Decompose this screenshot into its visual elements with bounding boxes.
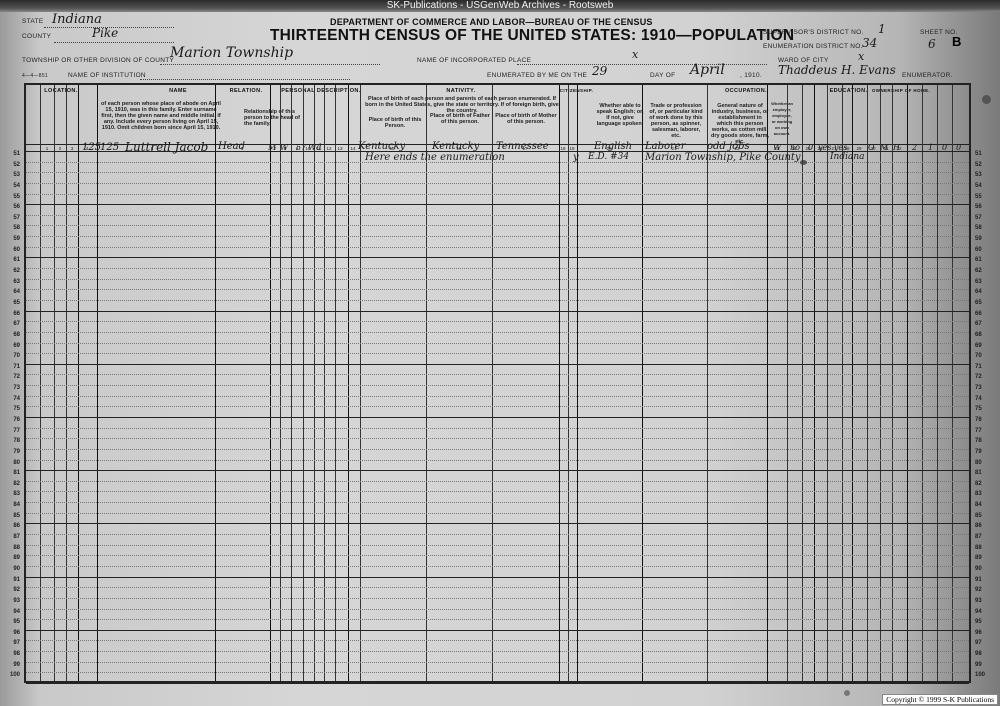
- row-number: 83: [2, 491, 20, 497]
- row-number: 58: [2, 225, 20, 231]
- day-of-label: day of: [650, 72, 675, 79]
- grid-row-line: [26, 183, 969, 184]
- row-number: 85: [2, 513, 20, 519]
- row-number: 75: [975, 406, 993, 412]
- grid-column-line: [426, 85, 427, 681]
- township-line: [160, 64, 380, 65]
- grid-column-line: [907, 85, 908, 681]
- row-number: 80: [975, 460, 993, 466]
- year-label: , 1910.: [740, 72, 762, 79]
- row-number: 73: [975, 385, 993, 391]
- row-number: 81: [975, 470, 993, 476]
- grid-column-line: [314, 85, 315, 681]
- grid-column-line: [291, 85, 292, 681]
- row-number: 97: [975, 640, 993, 646]
- entry-51-employer: W: [773, 143, 781, 152]
- header-employer: Whether an employer, employee, or workin…: [771, 101, 793, 137]
- row-number: 71: [2, 364, 20, 370]
- row-number: 86: [975, 523, 993, 529]
- entry-52-note: Here ends the enumeration: [365, 152, 505, 163]
- grid-column-line: [787, 85, 788, 681]
- grid-row-line: [26, 481, 969, 482]
- row-number: 83: [975, 491, 993, 497]
- grid-row-line: [26, 460, 969, 461]
- census-title: THIRTEENTH CENSUS OF THE UNITED STATES: …: [270, 27, 794, 45]
- row-number: 99: [975, 662, 993, 668]
- grid-row-line: [26, 470, 969, 471]
- row-number: 52: [975, 162, 993, 168]
- grid-row-line: [26, 502, 969, 503]
- entry-51-family: 125: [100, 142, 119, 153]
- grid-row-line: [26, 194, 969, 195]
- row-number: 87: [2, 534, 20, 540]
- row-number: 100: [2, 672, 20, 678]
- grid-column-line: [348, 85, 349, 681]
- row-number: 76: [2, 417, 20, 423]
- row-number: 51: [975, 151, 993, 157]
- row-number: 91: [975, 577, 993, 583]
- grid-row-line: [26, 491, 969, 492]
- grid-row-line: [26, 683, 969, 684]
- enumerated-label: Enumerated by me on the: [487, 72, 587, 79]
- row-number: 54: [2, 183, 20, 189]
- grid-column-line: [642, 85, 643, 681]
- row-number: 59: [2, 236, 20, 242]
- grid-row-line: [26, 672, 969, 673]
- grid-row-line: [26, 279, 969, 280]
- row-number: 65: [2, 300, 20, 306]
- grid-row-line: [26, 172, 969, 173]
- entry-51-marital: Wd: [308, 143, 321, 152]
- group-occupation: OCCUPATION.: [646, 88, 846, 94]
- grid-column-line: [97, 85, 98, 681]
- entry-51-out-of-work: no: [790, 143, 800, 152]
- row-number: 84: [2, 502, 20, 508]
- grid-row-line: [26, 640, 969, 641]
- grid-row-line: [26, 257, 969, 258]
- grid-row-line: [26, 332, 969, 333]
- row-number: 51: [2, 151, 20, 157]
- grid-row-line: [26, 438, 969, 439]
- enumerator-label: Enumerator.: [902, 72, 953, 79]
- entry-51-name: Luttrell Jacob: [125, 140, 208, 154]
- row-number: 95: [975, 619, 993, 625]
- row-number: 71: [975, 364, 993, 370]
- row-number: 98: [2, 651, 20, 657]
- grid-row-line: [26, 289, 969, 290]
- grid-row-line: [26, 449, 969, 450]
- row-number: 92: [2, 587, 20, 593]
- incorporated-place-line: [517, 64, 767, 65]
- header-birth-father: Place of birth of Father of this person.: [428, 113, 492, 125]
- grid-column-line: [867, 85, 868, 681]
- grid-column-line: [324, 85, 325, 681]
- row-number: 100: [975, 672, 993, 678]
- row-number: 72: [975, 374, 993, 380]
- row-number: 69: [2, 343, 20, 349]
- row-number: 88: [975, 545, 993, 551]
- county-line: [54, 42, 174, 43]
- row-number: 66: [2, 311, 20, 317]
- row-number: 82: [975, 481, 993, 487]
- row-number: 77: [975, 428, 993, 434]
- grid-column-line: [559, 85, 560, 681]
- entry-51-birth-father: Kentucky: [432, 141, 479, 152]
- grid-column-line: [707, 85, 708, 681]
- ink-stain: [800, 160, 807, 165]
- grid-row-line: [26, 321, 969, 322]
- row-number: 54: [975, 183, 993, 189]
- entry-52-state-note: Indiana: [830, 152, 865, 162]
- row-number: 82: [2, 481, 20, 487]
- grid-column-line: [802, 85, 803, 681]
- grid-row-line: [26, 513, 969, 514]
- group-nativity: NATIVITY.: [361, 88, 561, 94]
- row-number: 96: [2, 630, 20, 636]
- grid-row-line: [26, 630, 969, 631]
- grid-column-line: [937, 85, 938, 681]
- grid-column-line: [335, 85, 336, 681]
- row-number: 70: [975, 353, 993, 359]
- entry-51-birth-mother: Tennessee: [496, 141, 549, 152]
- row-number: 74: [2, 396, 20, 402]
- grid-row-line: [26, 545, 969, 546]
- entry-52-location-note: Marion Township, Pike County: [645, 152, 801, 163]
- row-number: 74: [975, 396, 993, 402]
- grid-column-line: [842, 85, 843, 681]
- row-number: 60: [2, 247, 20, 253]
- grid-row-line: [26, 609, 969, 610]
- form-number: 4—4—851: [22, 73, 48, 79]
- grid-row-line: [26, 662, 969, 663]
- grid-column-line: [892, 85, 893, 681]
- entry-51-weeks-out: 0: [808, 143, 813, 152]
- grid-column-line: [492, 85, 493, 681]
- grid-row-line: [26, 300, 969, 301]
- row-number: 94: [2, 609, 20, 615]
- enumeration-district-value: 34: [862, 36, 877, 50]
- row-number: 78: [2, 438, 20, 444]
- row-number: 53: [975, 172, 993, 178]
- grid-row-line: [26, 406, 969, 407]
- entry-51-industry: odd jobs: [707, 141, 750, 152]
- grid-row-line: [26, 268, 969, 269]
- county-label: County: [22, 33, 51, 40]
- entry-52-ed-ref: E.D. #34: [588, 152, 629, 162]
- township-value: Marion Township: [170, 45, 293, 61]
- row-number: 59: [975, 236, 993, 242]
- grid-row-line: [26, 534, 969, 535]
- row-number: 90: [2, 566, 20, 572]
- row-number: 92: [975, 587, 993, 593]
- grid-row-line: [26, 577, 969, 578]
- entry-51-race: W: [280, 143, 288, 152]
- header-industry: General nature of industry, business, or…: [710, 103, 770, 145]
- row-number: 79: [2, 449, 20, 455]
- census-page: SK-Publications - USGenWeb Archives - Ro…: [0, 0, 1000, 706]
- grid-column-line: [280, 85, 281, 681]
- row-number: 69: [975, 343, 993, 349]
- township-label: Township or other division of county: [22, 57, 174, 64]
- enumerator-name: Thaddeus H. Evans: [778, 63, 896, 77]
- grid-row-line: [26, 396, 969, 397]
- grid-column-line: [922, 85, 923, 681]
- row-number: 78: [975, 438, 993, 444]
- group-personal-description: PERSONAL DESCRIPTION.: [271, 88, 371, 94]
- grid-row-line: [26, 651, 969, 652]
- row-number: 53: [2, 172, 20, 178]
- row-number: 84: [975, 502, 993, 508]
- ward-value: x: [858, 50, 864, 63]
- grid-row-line: [26, 225, 969, 226]
- row-number: 63: [975, 279, 993, 285]
- entry-51-dwelling: 125: [82, 142, 101, 153]
- grid-column-line: [827, 85, 828, 681]
- row-number: 86: [2, 523, 20, 529]
- row-number: 67: [975, 321, 993, 327]
- header-name-desc: of each person whose place of abode on A…: [101, 101, 221, 131]
- group-location: LOCATION.: [26, 88, 96, 94]
- row-number: 94: [975, 609, 993, 615]
- grid-row-line: [26, 566, 969, 567]
- row-number: 89: [2, 555, 20, 561]
- row-number: 56: [975, 204, 993, 210]
- grid-column-line: [568, 85, 569, 681]
- grid-row-line: [26, 311, 969, 312]
- row-number: 52: [2, 162, 20, 168]
- entry-51-language: English: [594, 141, 632, 152]
- sheet-value: 6: [928, 37, 936, 51]
- grid-row-line: [26, 598, 969, 599]
- entry-51-age: 57: [296, 143, 306, 152]
- row-number: 81: [2, 470, 20, 476]
- grid-column-line: [360, 85, 361, 681]
- grid-row-line: [26, 428, 969, 429]
- entry-51-owned-rented: O: [868, 143, 875, 152]
- row-number: 57: [2, 215, 20, 221]
- group-relation: RELATION.: [216, 88, 276, 94]
- entry-52-citizenship-mark: y: [573, 152, 579, 163]
- row-number: 70: [2, 353, 20, 359]
- entry-51-col-31: 0: [956, 143, 961, 152]
- grid-column-line: [66, 85, 67, 681]
- header-birth-person: Place of birth of this Person.: [364, 117, 426, 129]
- copyright-notice: Copyright © 1999 S-K Publications: [882, 694, 998, 705]
- row-number: 68: [2, 332, 20, 338]
- row-number: 85: [975, 513, 993, 519]
- grid-row-line: [26, 236, 969, 237]
- row-number: 99: [2, 662, 20, 668]
- grid-row-line: [26, 619, 969, 620]
- row-number: 60: [975, 247, 993, 253]
- header-birth-mother: Place of birth of Mother of this person.: [494, 113, 558, 125]
- entry-51-col-29: 1: [928, 143, 933, 152]
- row-number: 93: [975, 598, 993, 604]
- header-language: Whether able to speak English; or, if no…: [596, 103, 644, 127]
- grid-row-line: [26, 353, 969, 354]
- row-number: 77: [2, 428, 20, 434]
- grid-row-line: [26, 587, 969, 588]
- grid-column-line: [577, 85, 578, 681]
- header-nativity-note: Place of birth of each person and parent…: [364, 96, 560, 114]
- supervisor-district-value: 1: [878, 22, 886, 36]
- sheet-side: B: [952, 34, 961, 49]
- grid-column-line: [303, 85, 304, 681]
- grid-row-line: [26, 555, 969, 556]
- row-number: 68: [975, 332, 993, 338]
- row-number: 98: [975, 651, 993, 657]
- row-number: 88: [2, 545, 20, 551]
- grid-column-line: [54, 85, 55, 681]
- grid-row-line: [26, 374, 969, 375]
- entry-51-col-28: 2: [912, 143, 917, 152]
- entry-51-birth-person: Kentucky: [358, 141, 405, 152]
- row-number: 79: [975, 449, 993, 455]
- grid-column-line: [952, 85, 953, 681]
- institution-line: [140, 79, 350, 80]
- entry-51-trade: Laborer: [645, 141, 686, 152]
- row-number: 90: [975, 566, 993, 572]
- entry-51-relation: Head: [218, 141, 245, 152]
- row-number: 62: [2, 268, 20, 274]
- entry-51-read-write: yes yes: [818, 143, 847, 152]
- grid-column-line: [852, 85, 853, 681]
- row-number: 56: [2, 204, 20, 210]
- row-number: 62: [975, 268, 993, 274]
- entry-51-free-mortgaged: M: [880, 143, 888, 152]
- row-number: 76: [975, 417, 993, 423]
- institution-label: Name of institution: [68, 72, 146, 79]
- grid-row-line: [26, 523, 969, 524]
- department-heading: DEPARTMENT OF COMMERCE AND LABOR—BUREAU …: [330, 17, 653, 27]
- entry-51-farm-house: H: [893, 143, 900, 152]
- row-number: 58: [975, 225, 993, 231]
- row-number: 89: [975, 555, 993, 561]
- state-label: State: [22, 18, 43, 25]
- row-number: 67: [2, 321, 20, 327]
- grid-row-line: [26, 247, 969, 248]
- ink-stain: [982, 95, 991, 104]
- row-number: 55: [2, 194, 20, 200]
- grid-row-line: [26, 343, 969, 344]
- source-banner-text: SK-Publications - USGenWeb Archives - Ro…: [0, 0, 1000, 12]
- row-number: 64: [2, 289, 20, 295]
- grid-column-line: [767, 85, 768, 681]
- grid-column-line: [270, 85, 271, 681]
- grid-column-line: [814, 85, 815, 681]
- entry-51-col-30: 0: [942, 143, 947, 152]
- grid-column-line: [880, 85, 881, 681]
- ward-label: Ward of city: [778, 57, 829, 64]
- grid-row-line: [26, 204, 969, 205]
- row-number: 97: [2, 640, 20, 646]
- row-number: 95: [2, 619, 20, 625]
- source-banner: SK-Publications - USGenWeb Archives - Ro…: [0, 0, 1000, 12]
- incorporated-place-label: Name of incorporated place: [417, 57, 531, 64]
- row-number: 63: [2, 279, 20, 285]
- row-number: 80: [2, 460, 20, 466]
- header-trade: Trade or profession of, or particular ki…: [648, 103, 704, 139]
- entry-51-sex: M: [268, 143, 276, 152]
- row-number: 72: [2, 374, 20, 380]
- row-number: 91: [2, 577, 20, 583]
- state-value: Indiana: [52, 12, 102, 27]
- incorporated-place-value: x: [632, 48, 638, 61]
- enumerated-day: 29: [592, 64, 607, 78]
- grid-row-line: [26, 215, 969, 216]
- row-number: 64: [975, 289, 993, 295]
- census-grid: LOCATION. NAME RELATION. PERSONAL DESCRI…: [24, 83, 971, 683]
- row-number: 66: [975, 311, 993, 317]
- row-number: 73: [2, 385, 20, 391]
- grid-column-line: [40, 85, 41, 681]
- enumerated-month: April: [690, 62, 725, 78]
- grid-column-line: [215, 85, 216, 681]
- enumeration-district-label: Enumeration District No.: [763, 43, 863, 50]
- county-value: Pike: [92, 26, 118, 40]
- row-number: 96: [975, 630, 993, 636]
- grid-row-line: [26, 417, 969, 418]
- ink-stain: [844, 690, 850, 696]
- row-number: 75: [2, 406, 20, 412]
- row-number: 57: [975, 215, 993, 221]
- grid-row-line: [26, 364, 969, 365]
- grid-row-line: [26, 385, 969, 386]
- row-number: 61: [2, 257, 20, 263]
- supervisor-district-label: Supervisor's District No.: [763, 29, 864, 36]
- row-number: 87: [975, 534, 993, 540]
- row-number: 61: [975, 257, 993, 263]
- grid-column-line: [78, 85, 79, 681]
- row-number: 65: [975, 300, 993, 306]
- row-number: 93: [2, 598, 20, 604]
- row-number: 55: [975, 194, 993, 200]
